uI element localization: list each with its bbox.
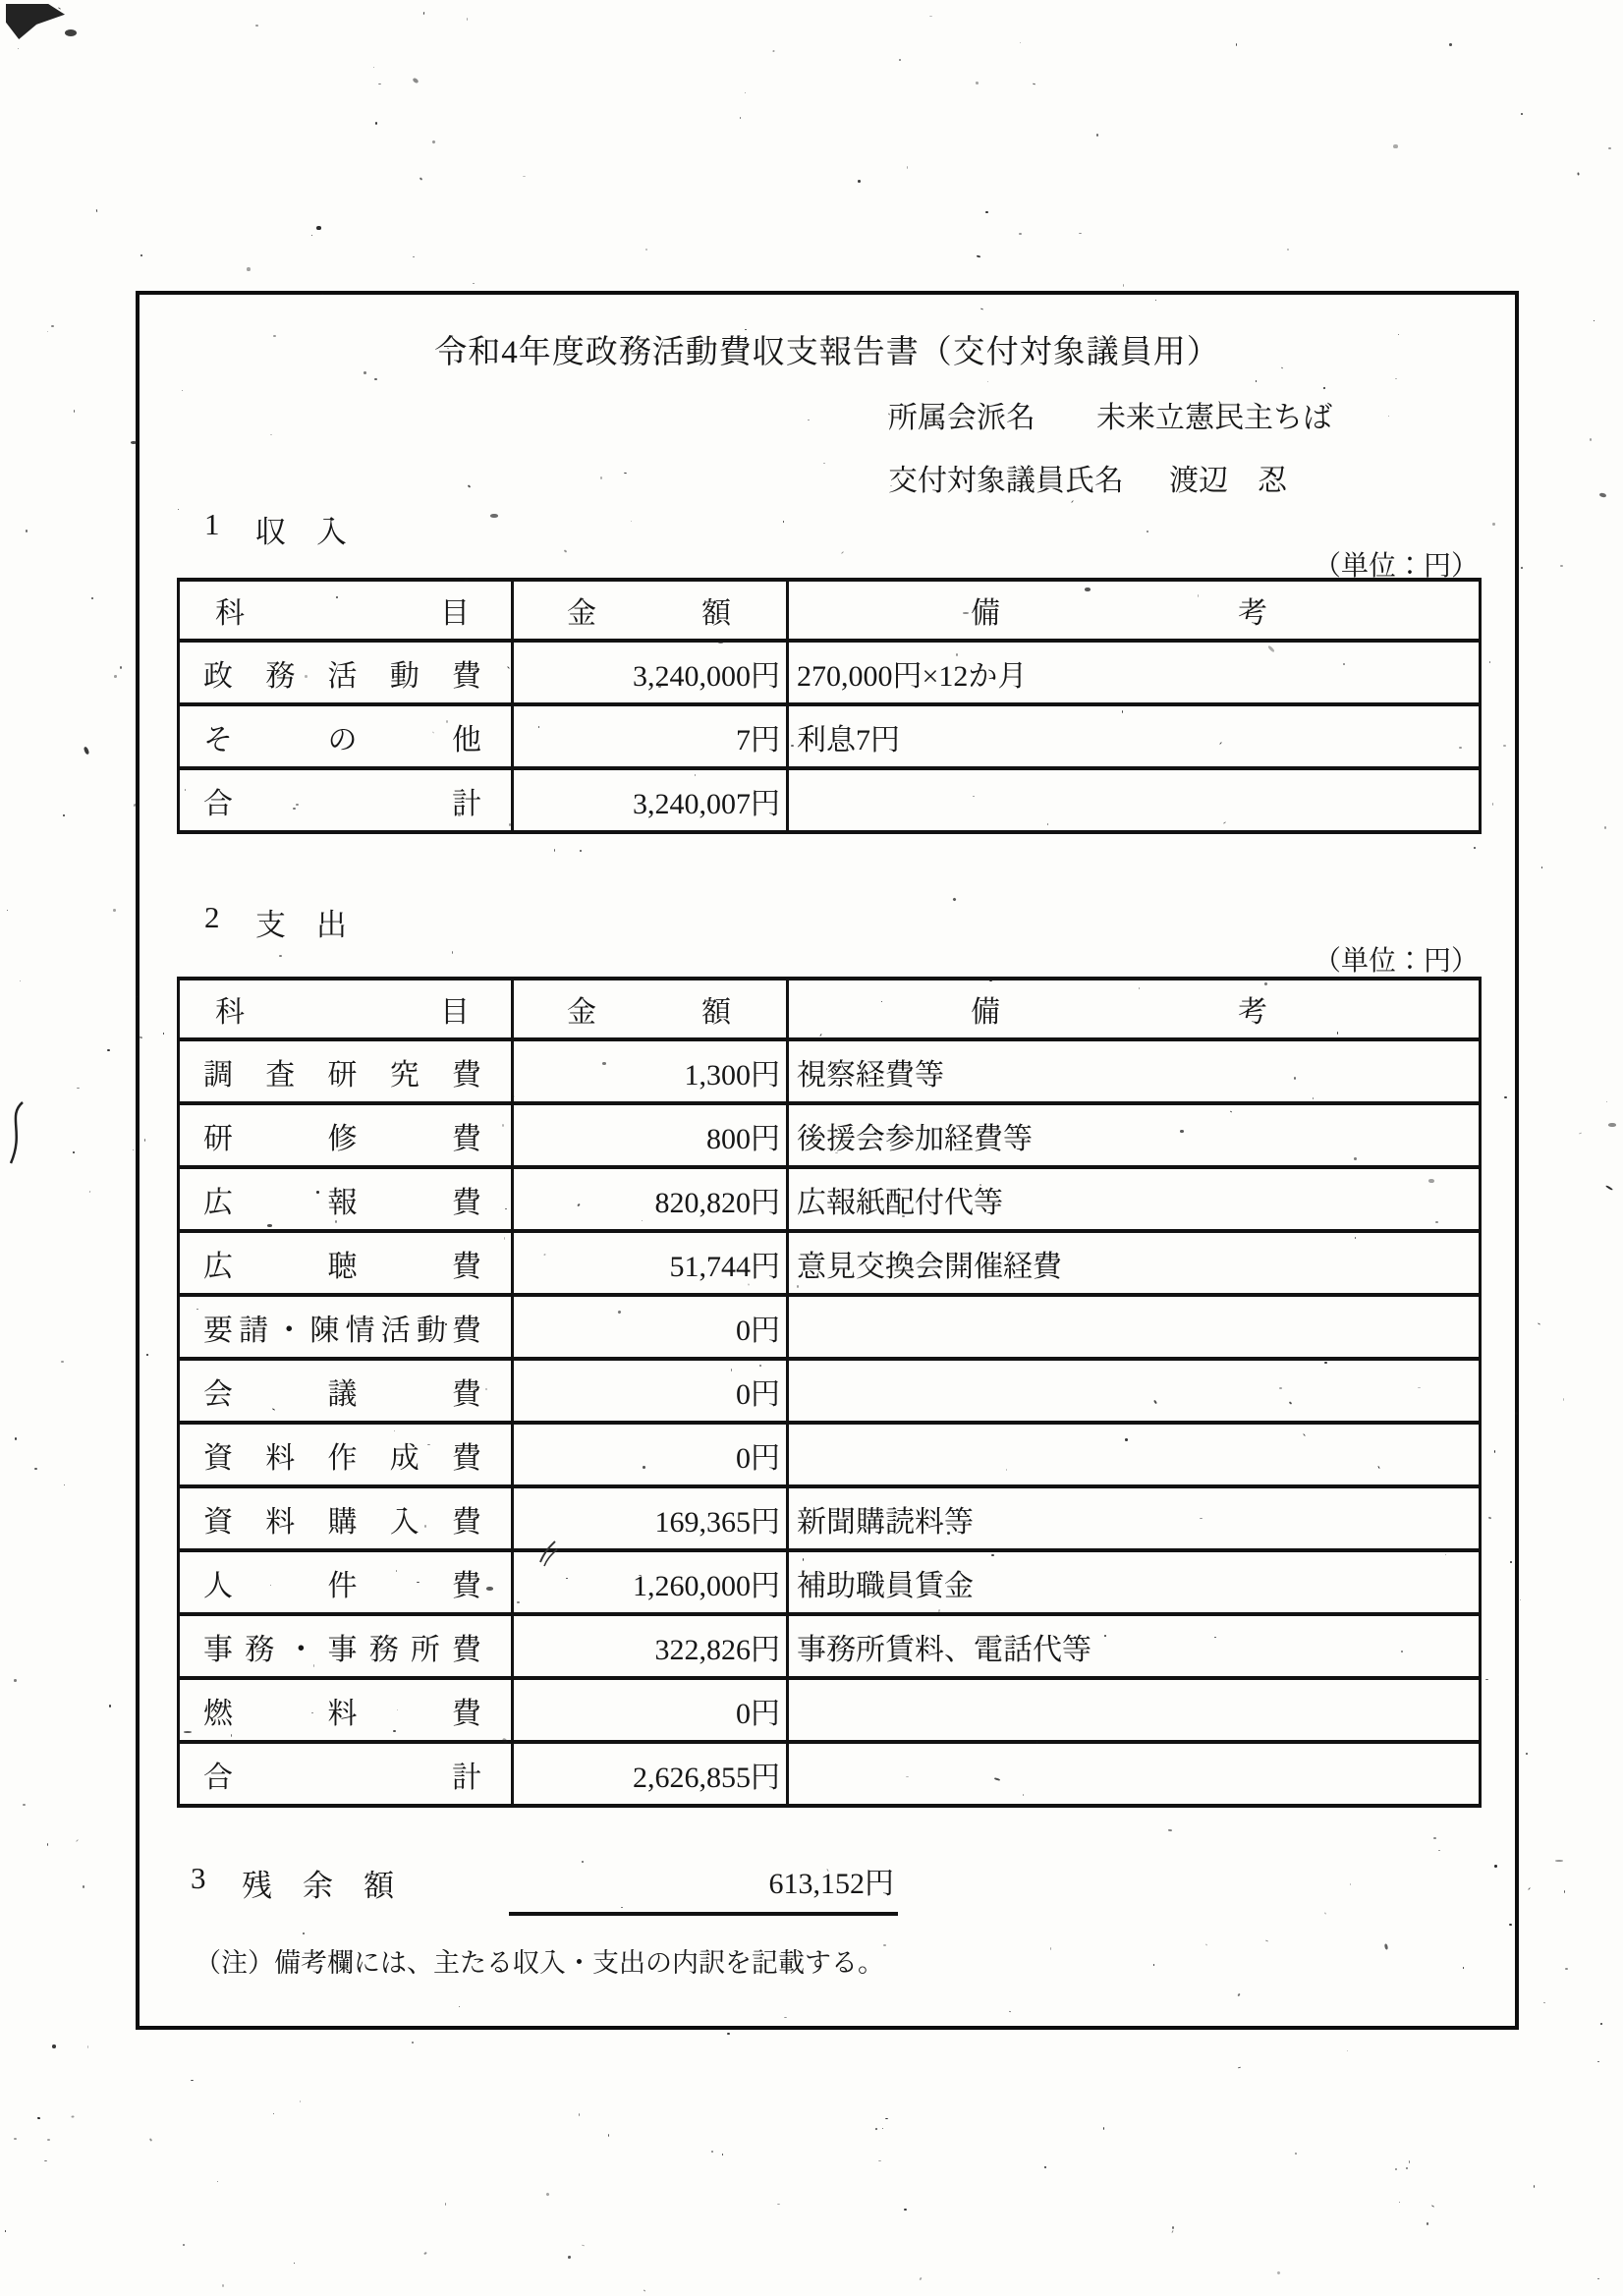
faction-line: 所属会派名 未来立憲民主ちば xyxy=(888,393,1332,436)
expense-header-item: 科目 xyxy=(179,979,513,1039)
expense-item-cell: 会議費 xyxy=(179,1359,513,1423)
income-item-cell: 合計 xyxy=(179,768,513,832)
expense-row: 事務・事務所費 322,826円 事務所賃料、電話代等 xyxy=(179,1614,1481,1678)
faction-label: 所属会派名 xyxy=(888,393,1035,436)
expense-remarks-cell: 意見交換会開催経費 xyxy=(788,1231,1481,1295)
pen-check-mark xyxy=(534,1539,560,1570)
income-remarks-cell: 270,000円×12か月 xyxy=(788,641,1481,704)
expense-section-heading: 2 支 出 xyxy=(204,900,347,944)
report-title: 令和4年度政務活動費収支報告書（交付対象議員用） xyxy=(140,326,1515,372)
expense-section-number: 2 xyxy=(204,900,255,944)
scanned-report-page: 令和4年度政務活動費収支報告書（交付対象議員用） 所属会派名 未来立憲民主ちば … xyxy=(0,0,1623,2296)
expense-remarks-cell xyxy=(788,1359,1481,1423)
scan-artifact-corner xyxy=(6,4,65,39)
expense-item-cell: 広報費 xyxy=(179,1167,513,1231)
income-table: 科目 金額 備考 政務活動費 3,240,000円 270,000円×12か月 … xyxy=(177,578,1482,834)
expense-item-cell: 資料作成費 xyxy=(179,1423,513,1486)
member-line: 交付対象議員氏名 渡辺 忍 xyxy=(888,456,1287,499)
income-amount-cell: 3,240,007円 xyxy=(513,768,788,832)
report-border-frame: 令和4年度政務活動費収支報告書（交付対象議員用） 所属会派名 未来立憲民主ちば … xyxy=(136,291,1519,2030)
expense-remarks-cell xyxy=(788,1742,1481,1806)
expense-row: 会議費 0円 xyxy=(179,1359,1481,1423)
expense-remarks-cell: 補助職員賃金 xyxy=(788,1550,1481,1614)
income-section-number: 1 xyxy=(204,507,255,551)
balance-amount: 613,152円 xyxy=(509,1859,898,1916)
expense-amount-cell: 0円 xyxy=(513,1359,788,1423)
income-item-cell: 政務活動費 xyxy=(179,641,513,704)
expense-amount-cell: 322,826円 xyxy=(513,1614,788,1678)
expense-item-cell: 合計 xyxy=(179,1742,513,1806)
balance-section-title: 残 余 額 xyxy=(242,1861,394,1905)
expense-remarks-cell: 視察経費等 xyxy=(788,1039,1481,1103)
expense-item-cell: 要請・陳情活動費 xyxy=(179,1295,513,1359)
expense-unit-note: （単位：円） xyxy=(1314,939,1479,979)
expense-remarks-cell xyxy=(788,1423,1481,1486)
expense-remarks-cell: 新聞購読料等 xyxy=(788,1486,1481,1550)
income-section-title: 収 入 xyxy=(255,507,347,551)
expense-amount-cell: 820,820円 xyxy=(513,1167,788,1231)
expense-header-remarks: 備考 xyxy=(788,979,1481,1039)
balance-section-number: 3 xyxy=(191,1861,242,1905)
expense-remarks-cell xyxy=(788,1678,1481,1742)
expense-amount-cell: 2,626,855円 xyxy=(513,1742,788,1806)
income-header-amount: 金額 xyxy=(513,580,788,641)
expense-row: 資料作成費 0円 xyxy=(179,1423,1481,1486)
income-row: 合計 3,240,007円 xyxy=(179,768,1481,832)
income-section-heading: 1 収 入 xyxy=(204,507,347,551)
income-item-cell: その他 xyxy=(179,704,513,768)
expense-row: 資料購入費 169,365円 新聞購読料等 xyxy=(179,1486,1481,1550)
expense-item-cell: 資料購入費 xyxy=(179,1486,513,1550)
expense-row: 合計 2,626,855円 xyxy=(179,1742,1481,1806)
expense-amount-cell: 800円 xyxy=(513,1103,788,1167)
expense-item-cell: 人件費 xyxy=(179,1550,513,1614)
income-amount-cell: 3,240,000円 xyxy=(513,641,788,704)
income-remarks-cell: 利息7円 xyxy=(788,704,1481,768)
expense-header-row: 科目 金額 備考 xyxy=(179,979,1481,1039)
expense-header-amount: 金額 xyxy=(513,979,788,1039)
expense-amount-cell: 0円 xyxy=(513,1295,788,1359)
expense-item-cell: 調査研究費 xyxy=(179,1039,513,1103)
expense-item-cell: 事務・事務所費 xyxy=(179,1614,513,1678)
income-row: 政務活動費 3,240,000円 270,000円×12か月 xyxy=(179,641,1481,704)
member-label: 交付対象議員氏名 xyxy=(888,456,1124,499)
expense-amount-cell: 1,300円 xyxy=(513,1039,788,1103)
income-header-item: 科目 xyxy=(179,580,513,641)
expense-row: 広聴費 51,744円 意見交換会開催経費 xyxy=(179,1231,1481,1295)
income-amount-cell: 7円 xyxy=(513,704,788,768)
income-header-row: 科目 金額 備考 xyxy=(179,580,1481,641)
expense-remarks-cell xyxy=(788,1295,1481,1359)
expense-item-cell: 研修費 xyxy=(179,1103,513,1167)
expense-remarks-cell: 事務所賃料、電話代等 xyxy=(788,1614,1481,1678)
expense-section-title: 支 出 xyxy=(255,900,347,944)
expense-remarks-cell: 後援会参加経費等 xyxy=(788,1103,1481,1167)
expense-row: 研修費 800円 後援会参加経費等 xyxy=(179,1103,1481,1167)
scan-artifact-dot xyxy=(65,29,77,36)
pen-stroke xyxy=(2,1098,29,1169)
expense-item-cell: 広聴費 xyxy=(179,1231,513,1295)
expense-amount-cell: 51,744円 xyxy=(513,1231,788,1295)
expense-row: 調査研究費 1,300円 視察経費等 xyxy=(179,1039,1481,1103)
footnote: （注）備考欄には、主たる収入・支出の内訳を記載する。 xyxy=(195,1941,884,1980)
income-remarks-cell xyxy=(788,768,1481,832)
faction-value: 未来立憲民主ちば xyxy=(1096,393,1332,436)
balance-section-heading: 3 残 余 額 xyxy=(191,1861,394,1905)
expense-row: 要請・陳情活動費 0円 xyxy=(179,1295,1481,1359)
expense-remarks-cell: 広報紙配付代等 xyxy=(788,1167,1481,1231)
expense-table: 科目 金額 備考 調査研究費 1,300円 視察経費等 研修費 800円 xyxy=(177,977,1482,1808)
expense-row: 人件費 1,260,000円 補助職員賃金 xyxy=(179,1550,1481,1614)
member-value: 渡辺 忍 xyxy=(1169,456,1287,499)
income-row: その他 7円 利息7円 xyxy=(179,704,1481,768)
expense-row: 広報費 820,820円 広報紙配付代等 xyxy=(179,1167,1481,1231)
expense-item-cell: 燃料費 xyxy=(179,1678,513,1742)
expense-amount-cell: 0円 xyxy=(513,1678,788,1742)
income-header-remarks: 備考 xyxy=(788,580,1481,641)
expense-row: 燃料費 0円 xyxy=(179,1678,1481,1742)
expense-amount-cell: 0円 xyxy=(513,1423,788,1486)
